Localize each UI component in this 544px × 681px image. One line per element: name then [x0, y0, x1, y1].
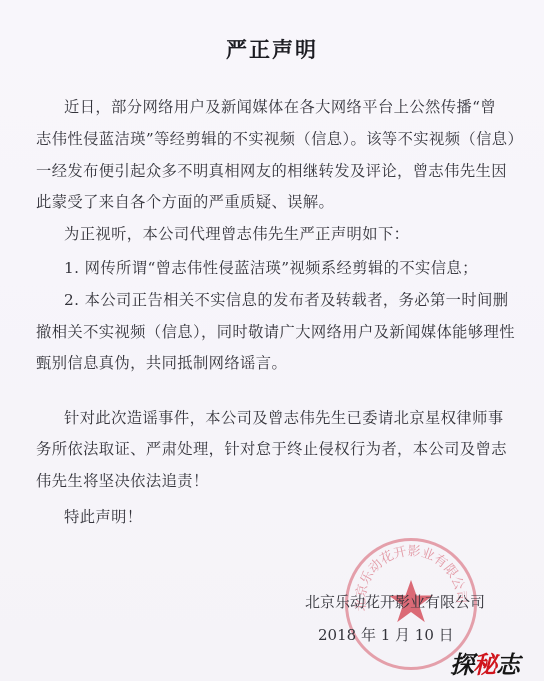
paragraph-line: 近日，部分网络用户及新闻媒体在各大网络平台上公然传播“曾: [64, 95, 544, 117]
paragraph-line: 此蒙受了来自各个方面的严重质疑、误解。: [36, 190, 516, 212]
signature-date: 2018 年 1 月 10 日: [318, 624, 454, 645]
paragraph-line: 伟先生将坚决依法追责！: [36, 469, 516, 491]
paragraph-line: 针对此次造谣事件，本公司及曾志伟先生已委请北京星权律师事: [64, 406, 544, 428]
list-item-1: 1. 网传所谓“曾志伟性侵蓝洁瑛”视频系经剪辑的不实信息；: [64, 256, 544, 278]
paragraph-line: 为正视听，本公司代理曾志伟先生严正声明如下：: [64, 222, 544, 244]
paragraph-line: 撤相关不实视频（信息），同时敬请广大网络用户及新闻媒体能够理性: [36, 320, 516, 342]
list-item-2: 2. 本公司正告相关不实信息的发布者及转载者，务必第一时间删: [64, 288, 544, 310]
signature-company: 北京乐动花开影业有限公司: [305, 591, 485, 612]
document-title: 严正声明: [0, 34, 544, 64]
site-watermark: 探秘志: [450, 645, 519, 680]
paragraph-line: 一经发布便引起众多不明真相网友的相继转发及评论，曾志伟先生因: [36, 159, 516, 181]
paragraph-line: 志伟性侵蓝洁瑛”等经剪辑的不实视频（信息）。该等不实视频（信息）: [36, 127, 516, 149]
document-page: 严正声明 近日，部分网络用户及新闻媒体在各大网络平台上公然传播“曾 志伟性侵蓝洁…: [0, 0, 544, 681]
paragraph-line: 务所依法取证、严肃处理，针对怠于终止侵权行为者，本公司及曾志: [36, 437, 516, 459]
paragraph-line: 甄别信息真伪，共同抵制网络谣言。: [36, 351, 516, 373]
closing-line: 特此声明！: [64, 505, 544, 527]
